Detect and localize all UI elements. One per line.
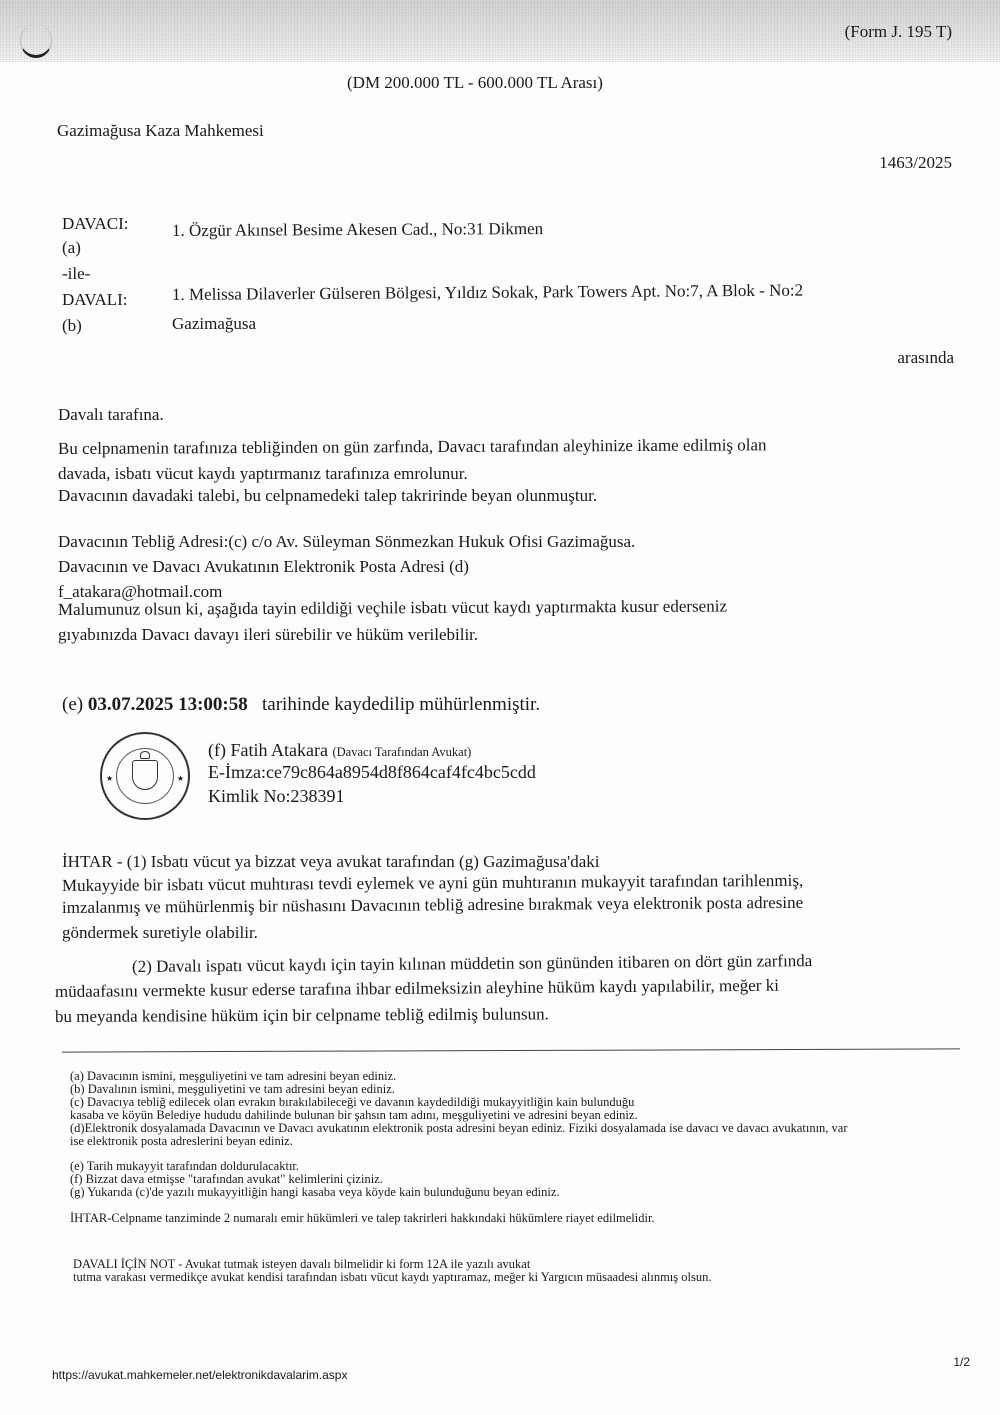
notice-p2-line3: bu meyanda kendisine hüküm için bir celp…	[55, 1002, 549, 1029]
case-number: 1463/2025	[879, 153, 952, 173]
id-number: Kimlik No:238391	[208, 786, 345, 807]
notice-line4: göndermek suretiyle olabilir.	[62, 921, 258, 945]
source-url: https://avukat.mahkemeler.net/elektronik…	[52, 1368, 347, 1382]
punch-hole-mark	[20, 24, 52, 58]
connector-ile: -ile-	[62, 264, 90, 284]
signer: (f) Fatih Atakara (Davacı Tarafından Avu…	[208, 740, 471, 761]
registration-datetime: 03.07.2025 13:00:58	[88, 694, 248, 715]
document-subtitle: (DM 200.000 TL - 600.000 TL Arası)	[347, 73, 603, 93]
notice-line3: imzalanmış ve mühürlenmiş bir nüshasını …	[62, 891, 803, 920]
footnote-g: (g) Yukarıda (c)'de yazılı mukayyitliğin…	[70, 1186, 560, 1199]
plaintiff-ref: (a)	[62, 238, 81, 258]
document-page: (Form J. 195 T) (DM 200.000 TL - 600.000…	[0, 0, 1000, 1415]
between-text: arasında	[897, 348, 954, 368]
registration-prefix: (e)	[62, 694, 83, 715]
footnote-d-cont: ise elektronik posta adreslerini beyan e…	[70, 1135, 293, 1148]
defendant-ref: (b)	[62, 316, 82, 336]
summons-para-line2: davada, isbatı vücut kaydı yaptırmanız t…	[58, 462, 468, 486]
separator-rule	[62, 1048, 960, 1052]
plaintiff-label: DAVACI:	[62, 214, 128, 234]
signer-name: (f) Fatih Atakara	[208, 740, 328, 760]
warning-line1: Malumunuz olsun ki, aşağıda tayin edildi…	[58, 594, 727, 622]
notice-p2-line2: müdaafasını vermekte kusur ederse tarafı…	[55, 974, 779, 1004]
addressee: Davalı tarafına.	[58, 403, 164, 427]
form-number: (Form J. 195 T)	[845, 22, 952, 42]
defendant-text-line1: 1. Melissa Dilaverler Gülseren Bölgesi, …	[172, 281, 803, 305]
summons-para-line3: Davacının davadaki talebi, bu celpnamede…	[58, 484, 597, 508]
court-seal-icon: ★ ★	[100, 732, 190, 820]
signer-role: (Davacı Tarafından Avukat)	[332, 745, 471, 759]
registration-line: (e) 03.07.2025 13:00:58 tarihinde kayded…	[62, 694, 540, 716]
warning-line2: gıyabınızda Davacı davayı ileri sürebili…	[58, 623, 478, 647]
service-address: Davacının Tebliğ Adresi:(c) c/o Av. Süle…	[58, 530, 635, 554]
registration-suffix: tarihinde kaydedilip mühürlenmiştir.	[262, 694, 540, 715]
defendant-text-line2: Gazimağusa	[172, 314, 256, 334]
footer-ihtar: İHTAR-Celpname tanziminde 2 numaralı emi…	[70, 1212, 655, 1225]
e-signature: E-İmza:ce79c864a8954d8f864caf4fc4bc5cdd	[208, 762, 536, 783]
court-name: Gazimağusa Kaza Mahkemesi	[57, 121, 264, 141]
email-label: Davacının ve Davacı Avukatının Elektroni…	[58, 555, 469, 579]
page-number: 1/2	[953, 1355, 970, 1369]
defendant-label: DAVALI:	[62, 290, 128, 310]
summons-para-line1: Bu celpnamenin tarafınıza tebliğinden on…	[58, 433, 767, 461]
plaintiff-text: 1. Özgür Akınsel Besime Akesen Cad., No:…	[172, 219, 543, 241]
defendant-note-line2: tutma varakası vermedikçe avukat kendisi…	[73, 1271, 711, 1284]
